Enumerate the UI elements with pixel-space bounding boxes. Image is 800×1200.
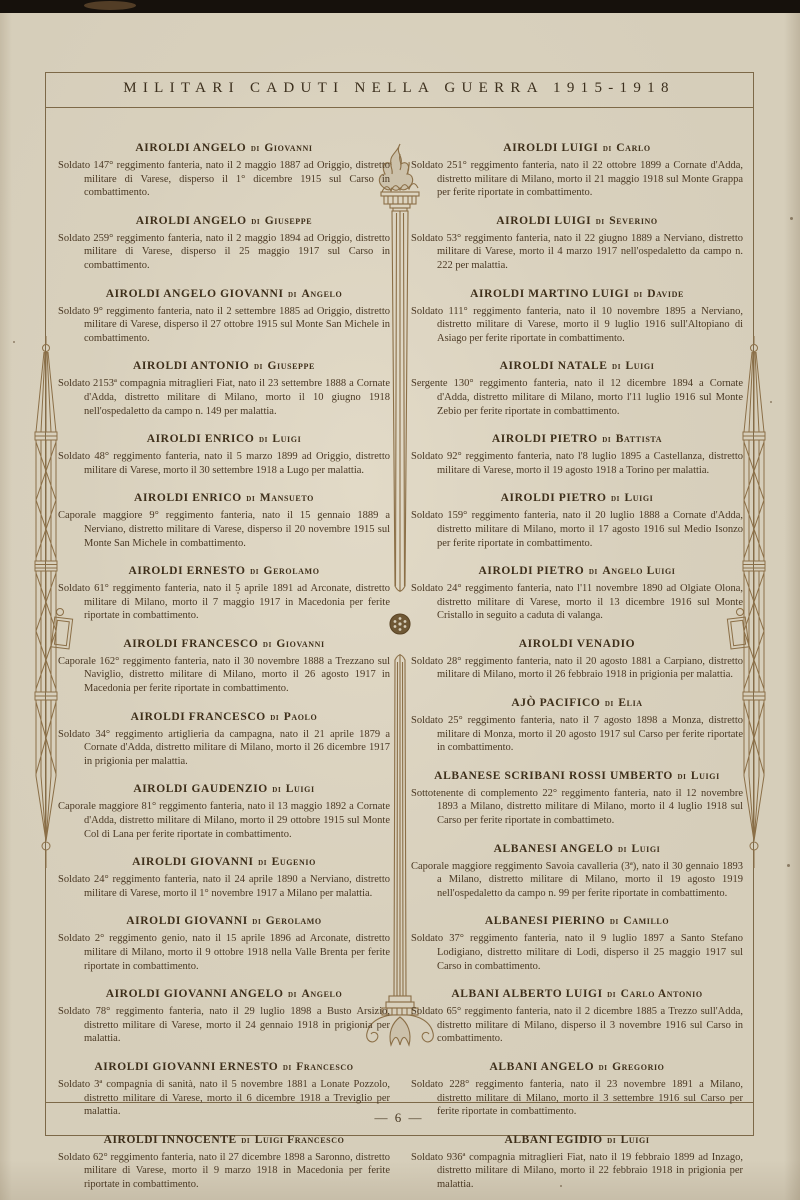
soldier-record-text: Soldato 37° reggimento fanteria, nato il… — [411, 932, 743, 973]
soldier-full-name: ALBANI ANGELO — [490, 1061, 595, 1073]
soldier-name-heading: AIROLDI NATALE di Luigi — [411, 360, 743, 372]
soldier-record-text: Soldato 53° reggimento fanteria, nato il… — [411, 232, 743, 273]
soldier-name-heading: AIROLDI ENRICO di Mansueto — [58, 492, 390, 504]
soldier-entry: ALBANI ANGELO di Gregorio Soldato 228° r… — [411, 1061, 743, 1119]
soldier-entry: AIROLDI VENADIO Soldato 28° reggimento f… — [411, 638, 743, 682]
soldier-entry: ALBANESE SCRIBANI ROSSI UMBERTO di Luigi… — [411, 770, 743, 828]
soldier-full-name: AIROLDI ANGELO — [135, 142, 246, 154]
soldier-record-text: Soldato 936ª compagnia mitraglieri Fiat,… — [411, 1151, 743, 1192]
soldier-full-name: AIROLDI ANTONIO — [133, 360, 249, 372]
soldier-full-name: AIROLDI MARTINO LUIGI — [470, 288, 629, 300]
father-name: Severino — [609, 215, 658, 227]
soldier-entry: AIROLDI NATALE di Luigi Sergente 130° re… — [411, 360, 743, 418]
soldier-name-heading: AIROLDI ENRICO di Luigi — [58, 433, 390, 445]
soldier-name-heading: AIROLDI PIETRO di Luigi — [411, 492, 743, 504]
soldier-record-text: Soldato 25° reggimento fanteria, nato il… — [411, 714, 743, 755]
soldier-name-heading: AIROLDI FRANCESCO di Giovanni — [58, 638, 390, 650]
patronymic-connector: di — [272, 784, 281, 795]
column-left: AIROLDI ANGELO di Giovanni Soldato 147° … — [58, 142, 390, 1200]
soldier-name-heading: ALBANI EGIDIO di Luigi — [411, 1134, 743, 1146]
soldier-record-text: Soldato 92° reggimento fanteria, nato l'… — [411, 450, 743, 477]
patronymic-connector: di — [251, 143, 260, 154]
father-name: Paolo — [284, 711, 318, 723]
soldier-entry: AIROLDI LUIGI di Severino Soldato 53° re… — [411, 215, 743, 273]
soldier-full-name: AIROLDI ERNESTO — [128, 565, 245, 577]
father-name: Giovanni — [276, 638, 324, 650]
title-underline-rule — [45, 107, 753, 108]
soldier-name-heading: AIROLDI ERNESTO di Gerolamo — [58, 565, 390, 577]
paper-speck — [790, 217, 793, 220]
soldier-record-text: Soldato 111° reggimento fanteria, nato i… — [411, 305, 743, 346]
father-name: Luigi — [691, 770, 720, 782]
soldier-full-name: ALBANESI ANGELO — [494, 843, 614, 855]
soldier-entry: AIROLDI GIOVANNI ANGELO di Angelo Soldat… — [58, 988, 390, 1046]
photo-edge-band — [0, 0, 800, 13]
soldier-record-text: Soldato 78° reggimento fanteria, nato il… — [58, 1005, 390, 1046]
father-name: Giuseppe — [267, 360, 315, 372]
soldier-name-heading: AIROLDI VENADIO — [411, 638, 743, 650]
soldier-name-heading: AIROLDI ANGELO GIOVANNI di Angelo — [58, 288, 390, 300]
soldier-name-heading: AIROLDI ANGELO di Giuseppe — [58, 215, 390, 227]
father-name: Luigi — [631, 843, 660, 855]
patronymic-connector: di — [254, 361, 263, 372]
soldier-record-text: Soldato 28° reggimento fanteria, nato il… — [411, 655, 743, 682]
soldier-name-heading: AIROLDI GIOVANNI di Eugenio — [58, 856, 390, 868]
patronymic-connector: di — [618, 844, 627, 855]
patronymic-connector: di — [605, 698, 614, 709]
soldier-name-heading: AIROLDI GIOVANNI di Gerolamo — [58, 915, 390, 927]
soldier-full-name: AIROLDI PIETRO — [479, 565, 585, 577]
soldier-name-heading: AIROLDI FRANCESCO di Paolo — [58, 711, 390, 723]
patronymic-connector: di — [607, 989, 616, 1000]
soldier-record-text: Soldato 2153ª compagnia mitraglieri Fiat… — [58, 377, 390, 418]
patronymic-connector: di — [611, 493, 620, 504]
patronymic-connector: di — [603, 143, 612, 154]
father-name: Luigi — [286, 783, 315, 795]
soldier-record-text: Caporale maggiore 9° reggimento fanteria… — [58, 509, 390, 550]
patronymic-connector: di — [599, 1062, 608, 1073]
page-title: MILITARI CADUTI NELLA GUERRA 1915-1918 — [45, 80, 753, 97]
patronymic-connector: di — [596, 216, 605, 227]
soldier-record-text: Soldato 65° reggimento fanteria, nato il… — [411, 1005, 743, 1046]
soldier-full-name: AIROLDI VENADIO — [519, 638, 635, 650]
soldier-record-text: Soldato 24° reggimento fanteria, nato il… — [58, 873, 390, 900]
father-name: Eugenio — [272, 856, 316, 868]
soldier-entry: AIROLDI FRANCESCO di Giovanni Caporale 1… — [58, 638, 390, 696]
father-name: Gerolamo — [266, 915, 322, 927]
father-name: Luigi — [626, 360, 655, 372]
soldier-record-text: Soldato 48° reggimento fanteria, nato il… — [58, 450, 390, 477]
soldier-entry: AIROLDI ANGELO di Giuseppe Soldato 259° … — [58, 215, 390, 273]
patronymic-connector: di — [602, 434, 611, 445]
soldier-record-text: Soldato 228° reggimento fanteria, nato i… — [411, 1078, 743, 1119]
soldier-full-name: AIROLDI PIETRO — [501, 492, 607, 504]
patronymic-connector: di — [589, 566, 598, 577]
soldier-record-text: Soldato 251° reggimento fanteria, nato i… — [411, 159, 743, 200]
soldier-full-name: AIROLDI GAUDENZIO — [133, 783, 267, 795]
soldier-entry: AIROLDI PIETRO di Luigi Soldato 159° reg… — [411, 492, 743, 550]
soldier-entry: ALBANI ALBERTO LUIGI di Carlo Antonio So… — [411, 988, 743, 1046]
soldier-name-heading: AIROLDI GIOVANNI ERNESTO di Francesco — [58, 1061, 390, 1073]
patronymic-connector: di — [270, 712, 279, 723]
father-name: Luigi — [624, 492, 653, 504]
father-name: Giovanni — [264, 142, 312, 154]
paper-speck — [13, 341, 15, 343]
soldier-entry: ALBANESI PIERINO di Camillo Soldato 37° … — [411, 915, 743, 973]
soldier-full-name: AIROLDI GIOVANNI — [126, 915, 248, 927]
father-name: Camillo — [623, 915, 669, 927]
soldier-name-heading: AIROLDI ANGELO di Giovanni — [58, 142, 390, 154]
soldier-full-name: ALBANI ALBERTO LUIGI — [451, 988, 602, 1000]
soldier-name-heading: ALBANI ALBERTO LUIGI di Carlo Antonio — [411, 988, 743, 1000]
column-right: AIROLDI LUIGI di Carlo Soldato 251° regg… — [411, 142, 743, 1200]
father-name: Battista — [616, 433, 662, 445]
patronymic-connector: di — [258, 857, 267, 868]
father-name: Carlo — [616, 142, 650, 154]
soldier-record-text: Soldato 2° reggimento genio, nato il 15 … — [58, 932, 390, 973]
soldier-record-text: Soldato 61° reggimento fanteria, nato il… — [58, 582, 390, 623]
soldier-record-text: Soldato 24° reggimento fanteria, nato l'… — [411, 582, 743, 623]
father-name: Francesco — [296, 1061, 353, 1073]
father-name: Elia — [618, 697, 642, 709]
patronymic-connector: di — [607, 1135, 616, 1146]
soldier-entry: AIROLDI ANGELO GIOVANNI di Angelo Soldat… — [58, 288, 390, 346]
book-page-photo: MILITARI CADUTI NELLA GUERRA 1915-1918 —… — [0, 0, 800, 1200]
patronymic-connector: di — [263, 639, 272, 650]
soldier-full-name: AIROLDI GIOVANNI ERNESTO — [94, 1061, 278, 1073]
soldier-record-text: Soldato 34° reggimento artiglieria da ca… — [58, 728, 390, 769]
soldier-entry: AIROLDI ANTONIO di Giuseppe Soldato 2153… — [58, 360, 390, 418]
father-name: Mansueto — [260, 492, 314, 504]
soldier-full-name: AIROLDI NATALE — [500, 360, 608, 372]
father-name: Carlo Antonio — [621, 988, 703, 1000]
soldier-name-heading: ALBANESI ANGELO di Luigi — [411, 843, 743, 855]
patronymic-connector: di — [677, 771, 686, 782]
soldier-entry: ALBANI EGIDIO di Luigi Soldato 936ª comp… — [411, 1134, 743, 1192]
father-name: Angelo — [301, 288, 342, 300]
soldier-entry: AIROLDI GAUDENZIO di Luigi Caporale magg… — [58, 783, 390, 841]
soldier-entry: AIROLDI FRANCESCO di Paolo Soldato 34° r… — [58, 711, 390, 769]
soldier-entry: AIROLDI MARTINO LUIGI di Davide Soldato … — [411, 288, 743, 346]
soldier-full-name: AIROLDI LUIGI — [503, 142, 598, 154]
soldier-full-name: AIROLDI FRANCESCO — [123, 638, 258, 650]
soldier-entry: AIROLDI ANGELO di Giovanni Soldato 147° … — [58, 142, 390, 200]
soldier-full-name: AIROLDI GIOVANNI ANGELO — [106, 988, 284, 1000]
soldier-record-text: Sottotenente di complemento 22° reggimen… — [411, 787, 743, 828]
paper-speck — [770, 401, 772, 403]
soldier-record-text: Soldato 9° reggimento fanteria, nato il … — [58, 305, 390, 346]
father-name: Giuseppe — [265, 215, 313, 227]
soldier-name-heading: AJÒ PACIFICO di Elia — [411, 697, 743, 709]
soldier-full-name: AIROLDI PIETRO — [492, 433, 598, 445]
soldier-entry: AIROLDI INNOCENTE di Luigi Francesco Sol… — [58, 1134, 390, 1192]
soldier-full-name: AIROLDI INNOCENTE — [104, 1134, 237, 1146]
soldier-full-name: AIROLDI GIOVANNI — [132, 856, 254, 868]
soldier-name-heading: AIROLDI LUIGI di Severino — [411, 215, 743, 227]
soldier-name-heading: AIROLDI INNOCENTE di Luigi Francesco — [58, 1134, 390, 1146]
father-name: Angelo — [301, 988, 342, 1000]
paper-speck — [237, 592, 239, 594]
father-name: Luigi — [272, 433, 301, 445]
soldier-entry: AIROLDI GIOVANNI ERNESTO di Francesco So… — [58, 1061, 390, 1119]
patronymic-connector: di — [259, 434, 268, 445]
soldier-full-name: AJÒ PACIFICO — [511, 697, 600, 709]
soldier-record-text: Soldato 62° reggimento fanteria, nato il… — [58, 1151, 390, 1192]
soldier-entry: AJÒ PACIFICO di Elia Soldato 25° reggime… — [411, 697, 743, 755]
patronymic-connector: di — [612, 361, 621, 372]
soldier-full-name: AIROLDI ANGELO GIOVANNI — [106, 288, 284, 300]
soldier-record-text: Soldato 3ª compagnia di sanità, nato il … — [58, 1078, 390, 1119]
soldier-full-name: AIROLDI ENRICO — [134, 492, 242, 504]
soldier-name-heading: ALBANESI PIERINO di Camillo — [411, 915, 743, 927]
soldier-record-text: Soldato 259° reggimento fanteria, nato i… — [58, 232, 390, 273]
photo-edge-highlight — [84, 1, 136, 10]
soldier-record-text: Soldato 159° reggimento fanteria, nato i… — [411, 509, 743, 550]
patronymic-connector: di — [241, 1135, 250, 1146]
soldier-entry: AIROLDI GIOVANNI di Gerolamo Soldato 2° … — [58, 915, 390, 973]
soldier-name-heading: AIROLDI ANTONIO di Giuseppe — [58, 360, 390, 372]
patronymic-connector: di — [283, 1062, 292, 1073]
father-name: Luigi Francesco — [255, 1134, 345, 1146]
soldier-entry: AIROLDI GIOVANNI di Eugenio Soldato 24° … — [58, 856, 390, 900]
soldier-record-text: Caporale maggiore 81° reggimento fanteri… — [58, 800, 390, 841]
soldier-record-text: Soldato 147° reggimento fanteria, nato i… — [58, 159, 390, 200]
soldier-full-name: AIROLDI ANGELO — [136, 215, 247, 227]
soldier-full-name: AIROLDI LUIGI — [496, 215, 591, 227]
soldier-name-heading: AIROLDI MARTINO LUIGI di Davide — [411, 288, 743, 300]
soldier-entry: AIROLDI ENRICO di Mansueto Caporale magg… — [58, 492, 390, 550]
soldier-entry: AIROLDI PIETRO di Angelo Luigi Soldato 2… — [411, 565, 743, 623]
patronymic-connector: di — [288, 989, 297, 1000]
soldier-full-name: AIROLDI FRANCESCO — [131, 711, 266, 723]
father-name: Angelo Luigi — [602, 565, 675, 577]
soldier-name-heading: AIROLDI LUIGI di Carlo — [411, 142, 743, 154]
soldier-full-name: ALBANESI PIERINO — [485, 915, 605, 927]
soldier-record-text: Sergente 130° reggimento fanteria, nato … — [411, 377, 743, 418]
soldier-entry: AIROLDI ENRICO di Luigi Soldato 48° regg… — [58, 433, 390, 477]
soldier-entry: AIROLDI PIETRO di Battista Soldato 92° r… — [411, 433, 743, 477]
father-name: Gerolamo — [264, 565, 320, 577]
father-name: Gregorio — [612, 1061, 664, 1073]
soldier-name-heading: AIROLDI PIETRO di Angelo Luigi — [411, 565, 743, 577]
soldier-entry: ALBANESI ANGELO di Luigi Caporale maggio… — [411, 843, 743, 901]
soldier-record-text: Caporale maggiore reggimento Savoia cava… — [411, 860, 743, 901]
soldier-full-name: ALBANESE SCRIBANI ROSSI UMBERTO — [434, 770, 673, 782]
patronymic-connector: di — [251, 216, 260, 227]
paper-speck — [787, 864, 790, 867]
patronymic-connector: di — [288, 289, 297, 300]
patronymic-connector: di — [250, 566, 259, 577]
patronymic-connector: di — [610, 916, 619, 927]
soldier-entry: AIROLDI LUIGI di Carlo Soldato 251° regg… — [411, 142, 743, 200]
paper-speck — [560, 1185, 562, 1187]
soldier-name-heading: ALBANESE SCRIBANI ROSSI UMBERTO di Luigi — [411, 770, 743, 782]
patronymic-connector: di — [246, 493, 255, 504]
soldier-name-heading: AIROLDI PIETRO di Battista — [411, 433, 743, 445]
patronymic-connector: di — [252, 916, 261, 927]
soldier-record-text: Caporale 162° reggimento fanteria, nato … — [58, 655, 390, 696]
soldier-full-name: ALBANI EGIDIO — [504, 1134, 602, 1146]
father-name: Luigi — [621, 1134, 650, 1146]
father-name: Davide — [647, 288, 684, 300]
soldier-name-heading: AIROLDI GAUDENZIO di Luigi — [58, 783, 390, 795]
soldier-full-name: AIROLDI ENRICO — [147, 433, 255, 445]
soldier-name-heading: ALBANI ANGELO di Gregorio — [411, 1061, 743, 1073]
soldier-name-heading: AIROLDI GIOVANNI ANGELO di Angelo — [58, 988, 390, 1000]
patronymic-connector: di — [634, 289, 643, 300]
soldier-entry: AIROLDI ERNESTO di Gerolamo Soldato 61° … — [58, 565, 390, 623]
